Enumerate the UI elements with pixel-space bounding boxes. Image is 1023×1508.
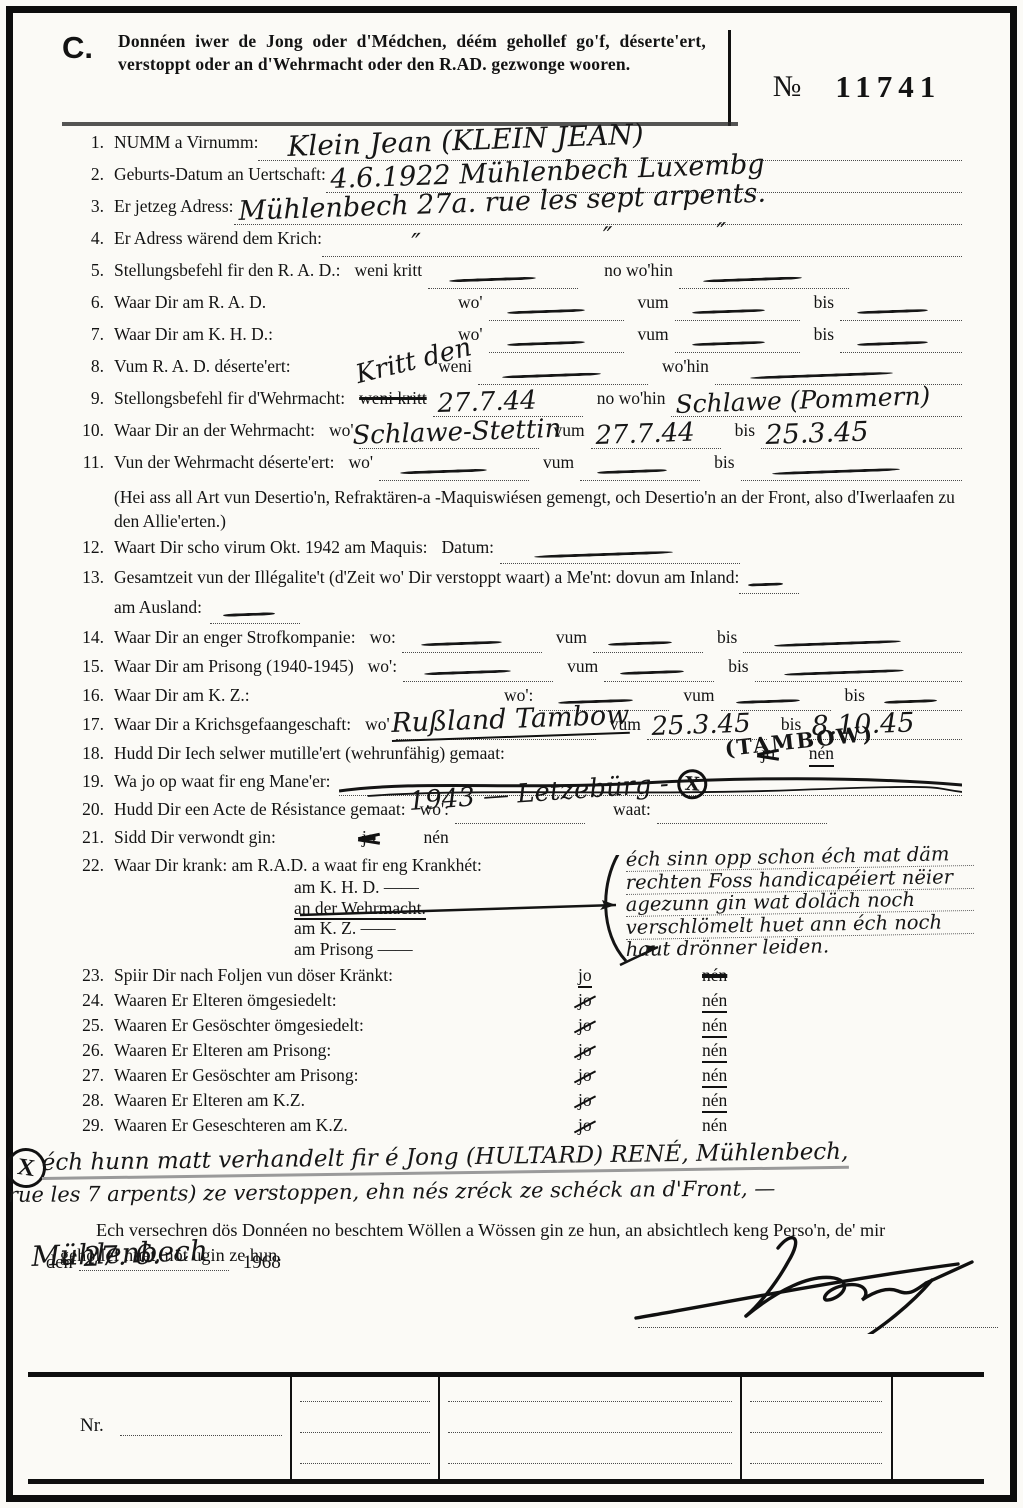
item-number: 17. xyxy=(60,714,114,735)
item-label: Waar Dir am Prisong (1940-1945) xyxy=(114,656,354,677)
form-title: Donnéen iwer de Jong oder d'Médchen, déé… xyxy=(118,30,706,126)
year-label: 1968 xyxy=(243,1252,281,1274)
form-item-14: 14. Waar Dir an enger Strofkompanie: wo:… xyxy=(60,627,962,656)
item-label: Sidd Dir verwondt gin: xyxy=(114,827,276,848)
pen-dash xyxy=(223,612,275,617)
pen-dash xyxy=(774,640,901,647)
form-item-26: 26. Waaren Er Elteren am Prisong: jo nén xyxy=(60,1040,962,1065)
dotted-field xyxy=(210,607,300,624)
item-number: 1. xyxy=(60,132,114,153)
item-label: Waar Dir an der Wehrmacht: xyxy=(114,420,315,441)
answer-nen-underlined: nén xyxy=(702,1065,727,1088)
dotted-field xyxy=(739,577,799,594)
pen-dash xyxy=(784,669,904,676)
table-dotted-line xyxy=(750,1401,882,1402)
pen-dash xyxy=(692,309,765,315)
handwritten-entry: 27.7.44 xyxy=(595,418,695,451)
struck-field-label: weni kritt xyxy=(359,388,427,409)
item-label: Waaren Er Elteren am Prisong: xyxy=(114,1040,566,1061)
form-item-15: 15. Waar Dir am Prisong (1940-1945) wo':… xyxy=(60,656,962,685)
dotted-field xyxy=(428,272,578,289)
answer-jo-struck: jo xyxy=(578,1040,592,1060)
field-label: bis xyxy=(735,420,755,441)
footnote-line-2: rue les 7 arpents) ze verstoppen, ehn né… xyxy=(8,1177,776,1208)
item-number: 21. xyxy=(60,827,114,848)
form-item-12: 12. Waart Dir scho virum Okt. 1942 am Ma… xyxy=(60,537,962,567)
nr-label: Nr. xyxy=(80,1415,104,1437)
item-number: 11. xyxy=(60,452,114,473)
pen-dash xyxy=(534,551,673,559)
item-number: 18. xyxy=(60,743,114,764)
item-number: 12. xyxy=(60,537,114,558)
section-letter: C. xyxy=(62,30,118,126)
pen-dash xyxy=(400,469,487,475)
pen-dash xyxy=(608,641,672,646)
item-label: Vun der Wehrmacht déserte'ert: xyxy=(114,452,335,473)
form-item-13: 13. Gesamtzeit vun der Illégalite't (d'Z… xyxy=(60,567,962,597)
form-item-20: 20. Hudd Dir een Acte de Résistance gema… xyxy=(60,799,962,827)
item-number: 13. xyxy=(60,567,114,588)
form-item-29: 29. Waaren Er Geseschteren am K.Z. jo né… xyxy=(60,1115,962,1140)
form-item-10: 10. Waar Dir an der Wehrmacht: wo' Schla… xyxy=(60,420,962,452)
handwritten-illness-note: éch sinn opp schon éch mat däm rechten F… xyxy=(626,849,974,961)
item-number: 5. xyxy=(60,260,114,281)
dotted-field: 27.7.44 xyxy=(591,432,721,449)
field-label: wo' xyxy=(349,452,374,473)
item-label: Waar Dir an enger Strofkompanie: xyxy=(114,627,356,648)
item-label: Waaren Er Elteren ömgesiedelt: xyxy=(114,990,566,1011)
field-label: vum xyxy=(638,292,669,313)
field-label: bis xyxy=(714,452,734,473)
dotted-field xyxy=(478,368,648,385)
dotted-field xyxy=(489,304,624,321)
item-11-note: (Hei ass all Art vun Desertio'n, Refrakt… xyxy=(114,486,960,533)
handwritten-date: 27. 6. xyxy=(83,1239,161,1273)
dotted-field: 25.3.45 xyxy=(761,432,962,449)
field-label: bis xyxy=(845,685,865,706)
circled-x-mark: X xyxy=(676,768,708,800)
pen-dash xyxy=(857,341,928,346)
item-label: Waar Dir krank: am R.A.D. a waat fir eng… xyxy=(114,855,482,876)
form-item-4: 4. Er Adress wärend dem Krich: ″ ″ ″ xyxy=(60,228,962,260)
item-number: 16. xyxy=(60,685,114,706)
dotted-field: ″ ″ ″ xyxy=(322,240,962,257)
item-number: 23. xyxy=(60,965,104,986)
item-number: 28. xyxy=(60,1090,104,1111)
form-item-5: 5. Stellungsbefehl fir den R. A. D.: wen… xyxy=(60,260,962,292)
field-label: wo' xyxy=(329,420,354,441)
handwritten-entry: 25.3.45 xyxy=(765,416,869,451)
signature-block xyxy=(628,1222,1014,1334)
item-label: Waar Dir a Krichsgefaangeschaft: xyxy=(114,714,351,735)
pen-dash xyxy=(507,341,585,347)
answer-nen-struck: nén xyxy=(702,965,727,985)
answer-jo-struck: jo xyxy=(578,1065,592,1085)
item-number: 22. xyxy=(60,855,114,876)
form-item-17: 17. Waar Dir a Krichsgefaangeschaft: wo'… xyxy=(60,714,962,743)
table-dotted-line xyxy=(300,1401,430,1402)
pen-dash xyxy=(857,309,928,314)
form-header: C. Donnéen iwer de Jong oder d'Médchen, … xyxy=(62,30,983,126)
pen-dash xyxy=(597,469,667,474)
table-dotted-line xyxy=(120,1435,282,1436)
handwritten-entry: Schlawe-Stettin xyxy=(352,414,562,451)
dotted-field xyxy=(379,464,529,481)
item-number: 6. xyxy=(60,292,114,313)
item-label: Waar Dir am R. A. D. xyxy=(114,292,444,313)
dotted-field xyxy=(743,636,962,653)
item-label: Wa jo op waat fir eng Mane'er: xyxy=(114,771,331,792)
table-dotted-line xyxy=(750,1432,882,1433)
pen-dash xyxy=(421,641,502,647)
field-label: bis xyxy=(814,292,834,313)
form-item-22: 22. Waar Dir krank: am R.A.D. a waat fir… xyxy=(60,855,962,959)
handwritten-footnote: X éch hunn matt verhandelt fir é Jong (H… xyxy=(42,1150,962,1212)
form-item-25: 25. Waaren Er Gesöschter ömgesiedelt: jo… xyxy=(60,1015,962,1040)
handwritten-entry: 8.10.45 xyxy=(811,708,915,743)
dotted-field xyxy=(675,336,800,353)
answer-nen-underlined: nén xyxy=(702,1040,727,1063)
dotted-field: Schlawe (Pommern) xyxy=(671,400,962,417)
item-number: 2. xyxy=(60,164,114,185)
date-and-place-line: Mühlenbech den 27. 6. 1968 xyxy=(32,1252,287,1274)
pen-dash xyxy=(750,372,893,380)
answer-jo-struck: jo xyxy=(578,990,592,1010)
dotted-field xyxy=(489,336,624,353)
item-number: 25. xyxy=(60,1015,104,1036)
item-sublabel: am Ausland: xyxy=(114,597,202,618)
pen-dash xyxy=(692,341,765,347)
pen-dash xyxy=(502,372,601,378)
field-label: vum xyxy=(556,627,587,648)
handwritten-line: haut drönner leiden. xyxy=(626,933,974,961)
dotted-field: Rußland Tambow xyxy=(396,723,596,740)
table-dotted-line xyxy=(448,1401,732,1402)
item-label: Er jetzeg Adress: xyxy=(114,196,234,217)
form-item-24: 24. Waaren Er Elteren ömgesiedelt: jo né… xyxy=(60,990,962,1015)
dotted-field xyxy=(840,336,962,353)
answer-jo-struck: jo xyxy=(362,827,376,848)
field-label: wo': xyxy=(368,656,397,677)
form-item-11: 11. Vun der Wehrmacht déserte'ert: wo' v… xyxy=(60,452,962,484)
field-label: wo'hin xyxy=(662,356,709,377)
serial-number: 11741 xyxy=(835,69,941,105)
pen-dash xyxy=(772,468,900,475)
table-divider xyxy=(740,1377,742,1479)
item-label: Waaren Er Gesöschter ömgesiedelt: xyxy=(114,1015,566,1036)
field-label: no wo'hin xyxy=(597,388,666,409)
pen-dash xyxy=(449,277,536,283)
field-label: bis xyxy=(717,627,737,648)
answer-nen: nén xyxy=(424,827,449,848)
dotted-field xyxy=(675,304,800,321)
item-label: Hudd Dir Iech selwer mutille'ert (wehrun… xyxy=(114,743,505,764)
field-label: wo: xyxy=(370,627,396,648)
field-label: vum xyxy=(567,656,598,677)
sublabel-wehrmacht: an der Wehrmacht. xyxy=(294,898,426,920)
dotted-field: Schlawe-Stettin xyxy=(359,432,539,449)
field-label: bis xyxy=(814,324,834,345)
form-item-28: 28. Waaren Er Elteren am K.Z. jo nén xyxy=(60,1090,962,1115)
dotted-field xyxy=(741,464,962,481)
item-number: 3. xyxy=(60,196,114,217)
pen-dash xyxy=(736,699,800,704)
dotted-field xyxy=(657,807,827,824)
item-number: 19. xyxy=(60,771,114,792)
dotted-field xyxy=(402,636,542,653)
form-body: 1. NUMM a Virnumm: Klein Jean (KLEIN JEA… xyxy=(60,132,962,1267)
field-label: no wo'hin xyxy=(604,260,673,281)
field-label: wo' xyxy=(365,714,390,735)
table-divider xyxy=(891,1377,893,1479)
form-item-6: 6. Waar Dir am R. A. D. wo' vum bis xyxy=(60,292,962,324)
pen-dash xyxy=(424,670,511,676)
item-number: 7. xyxy=(60,324,114,345)
form-item-13b: am Ausland: xyxy=(60,597,962,627)
handwritten-entry: 25.3.45 xyxy=(651,709,751,742)
table-divider xyxy=(438,1377,440,1479)
field-label: bis xyxy=(728,656,748,677)
item-label: Er Adress wärend dem Krich: xyxy=(114,228,322,249)
item-number: 8. xyxy=(60,356,114,377)
answer-nen-underlined: nén xyxy=(702,1015,727,1038)
answer-jo-struck: jo xyxy=(578,1090,592,1110)
form-item-7: 7. Waar Dir am K. H. D.: wo' vum bis xyxy=(60,324,962,356)
form-item-3: 3. Er jetzeg Adress: Mühlenbech 27a. rue… xyxy=(60,196,962,228)
dotted-field xyxy=(840,304,962,321)
item-label: Waaren Er Geseschteren am K.Z. xyxy=(114,1115,566,1136)
item-number: 14. xyxy=(60,627,114,648)
item-label: Waaren Er Elteren am K.Z. xyxy=(114,1090,566,1111)
field-label: vum xyxy=(543,452,574,473)
pen-dash xyxy=(703,276,802,282)
item-number: 9. xyxy=(60,388,114,409)
answer-jo-underlined: jo xyxy=(578,965,592,988)
answer-nen-underlined: nén xyxy=(702,990,727,1013)
table-dotted-line xyxy=(300,1463,430,1464)
dotted-field xyxy=(500,547,740,564)
item-number: 4. xyxy=(60,228,114,249)
field-label: vum xyxy=(683,685,714,706)
dotted-field xyxy=(604,665,714,682)
handwritten-entry: Rußland Tambow xyxy=(391,700,630,742)
item-number: 27. xyxy=(60,1065,104,1086)
item-label: Hudd Dir een Acte de Résistance gemaat: xyxy=(114,799,406,820)
dotted-field xyxy=(593,636,703,653)
field-label: weni kritt xyxy=(355,260,423,281)
item-number: 26. xyxy=(60,1040,104,1061)
item-number: 15. xyxy=(60,656,114,677)
item-label: Spiir Dir nach Foljen vun döser Kränkt: xyxy=(114,965,566,986)
field-label: vum xyxy=(638,324,669,345)
form-item-27: 27. Waaren Er Gesöschter am Prisong: jo … xyxy=(60,1065,962,1090)
item-label: Waar Dir am K. H. D.: xyxy=(114,324,444,345)
answer-jo-struck: jo xyxy=(578,1115,592,1135)
dotted-field xyxy=(403,665,553,682)
field-label: wo' xyxy=(458,292,483,313)
item-number: 10. xyxy=(60,420,114,441)
answer-nen-underlined: nén xyxy=(702,1090,727,1113)
dotted-field: 25.3.45 xyxy=(647,723,767,740)
numero-sign: № xyxy=(773,70,802,104)
table-dotted-line xyxy=(750,1463,882,1464)
answer-jo-struck: jo xyxy=(578,1015,592,1035)
table-divider xyxy=(290,1377,292,1479)
table-dotted-line xyxy=(448,1463,732,1464)
item-label: Waart Dir scho virum Okt. 1942 am Maquis… xyxy=(114,537,428,558)
table-dotted-line xyxy=(448,1432,732,1433)
signature-scrawl xyxy=(628,1222,1014,1334)
answer-nen: nén xyxy=(702,1115,727,1135)
item-label: Stellungsbefehl fir den R. A. D.: xyxy=(114,260,341,281)
form-item-8: 8. Vum R. A. D. déserte'ert: weni wo'hin… xyxy=(60,356,962,388)
pen-dash xyxy=(884,699,937,704)
item-number: 29. xyxy=(60,1115,104,1136)
form-page: C. Donnéen iwer de Jong oder d'Médchen, … xyxy=(0,0,1023,1508)
footnote-line-1: éch hunn matt verhandelt fir é Jong (HUL… xyxy=(42,1139,849,1180)
pen-dash xyxy=(748,583,783,587)
item-label: Waar Dir am K. Z.: xyxy=(114,685,490,706)
pen-dash xyxy=(620,670,684,675)
serial-number-block: № 11741 xyxy=(731,48,983,126)
dotted-field xyxy=(580,464,700,481)
handwritten-entry: 27.7.44 xyxy=(437,386,537,419)
item-label: Geburts-Datum an Uertschaft: xyxy=(114,164,326,185)
item-label: Gesamtzeit vun der Illégalite't (d'Zeit … xyxy=(114,567,739,588)
field-label: Datum: xyxy=(442,537,495,558)
item-number: 24. xyxy=(60,990,104,1011)
table-dotted-line xyxy=(300,1432,430,1433)
dotted-field xyxy=(755,665,962,682)
item-number: 20. xyxy=(60,799,114,820)
item-label: NUMM a Virnumm: xyxy=(114,132,258,153)
dotted-field: 8.10.45 xyxy=(807,723,962,740)
item-label: Waaren Er Gesöschter am Prisong: xyxy=(114,1065,566,1086)
pen-dash xyxy=(507,309,585,315)
form-item-23: 23. Spiir Dir nach Foljen vun döser Krän… xyxy=(60,965,962,990)
dotted-field xyxy=(679,272,849,289)
item-label: Stellongsbefehl fir d'Wehrmacht: xyxy=(114,388,345,409)
footer-table: Nr. xyxy=(28,1372,984,1484)
